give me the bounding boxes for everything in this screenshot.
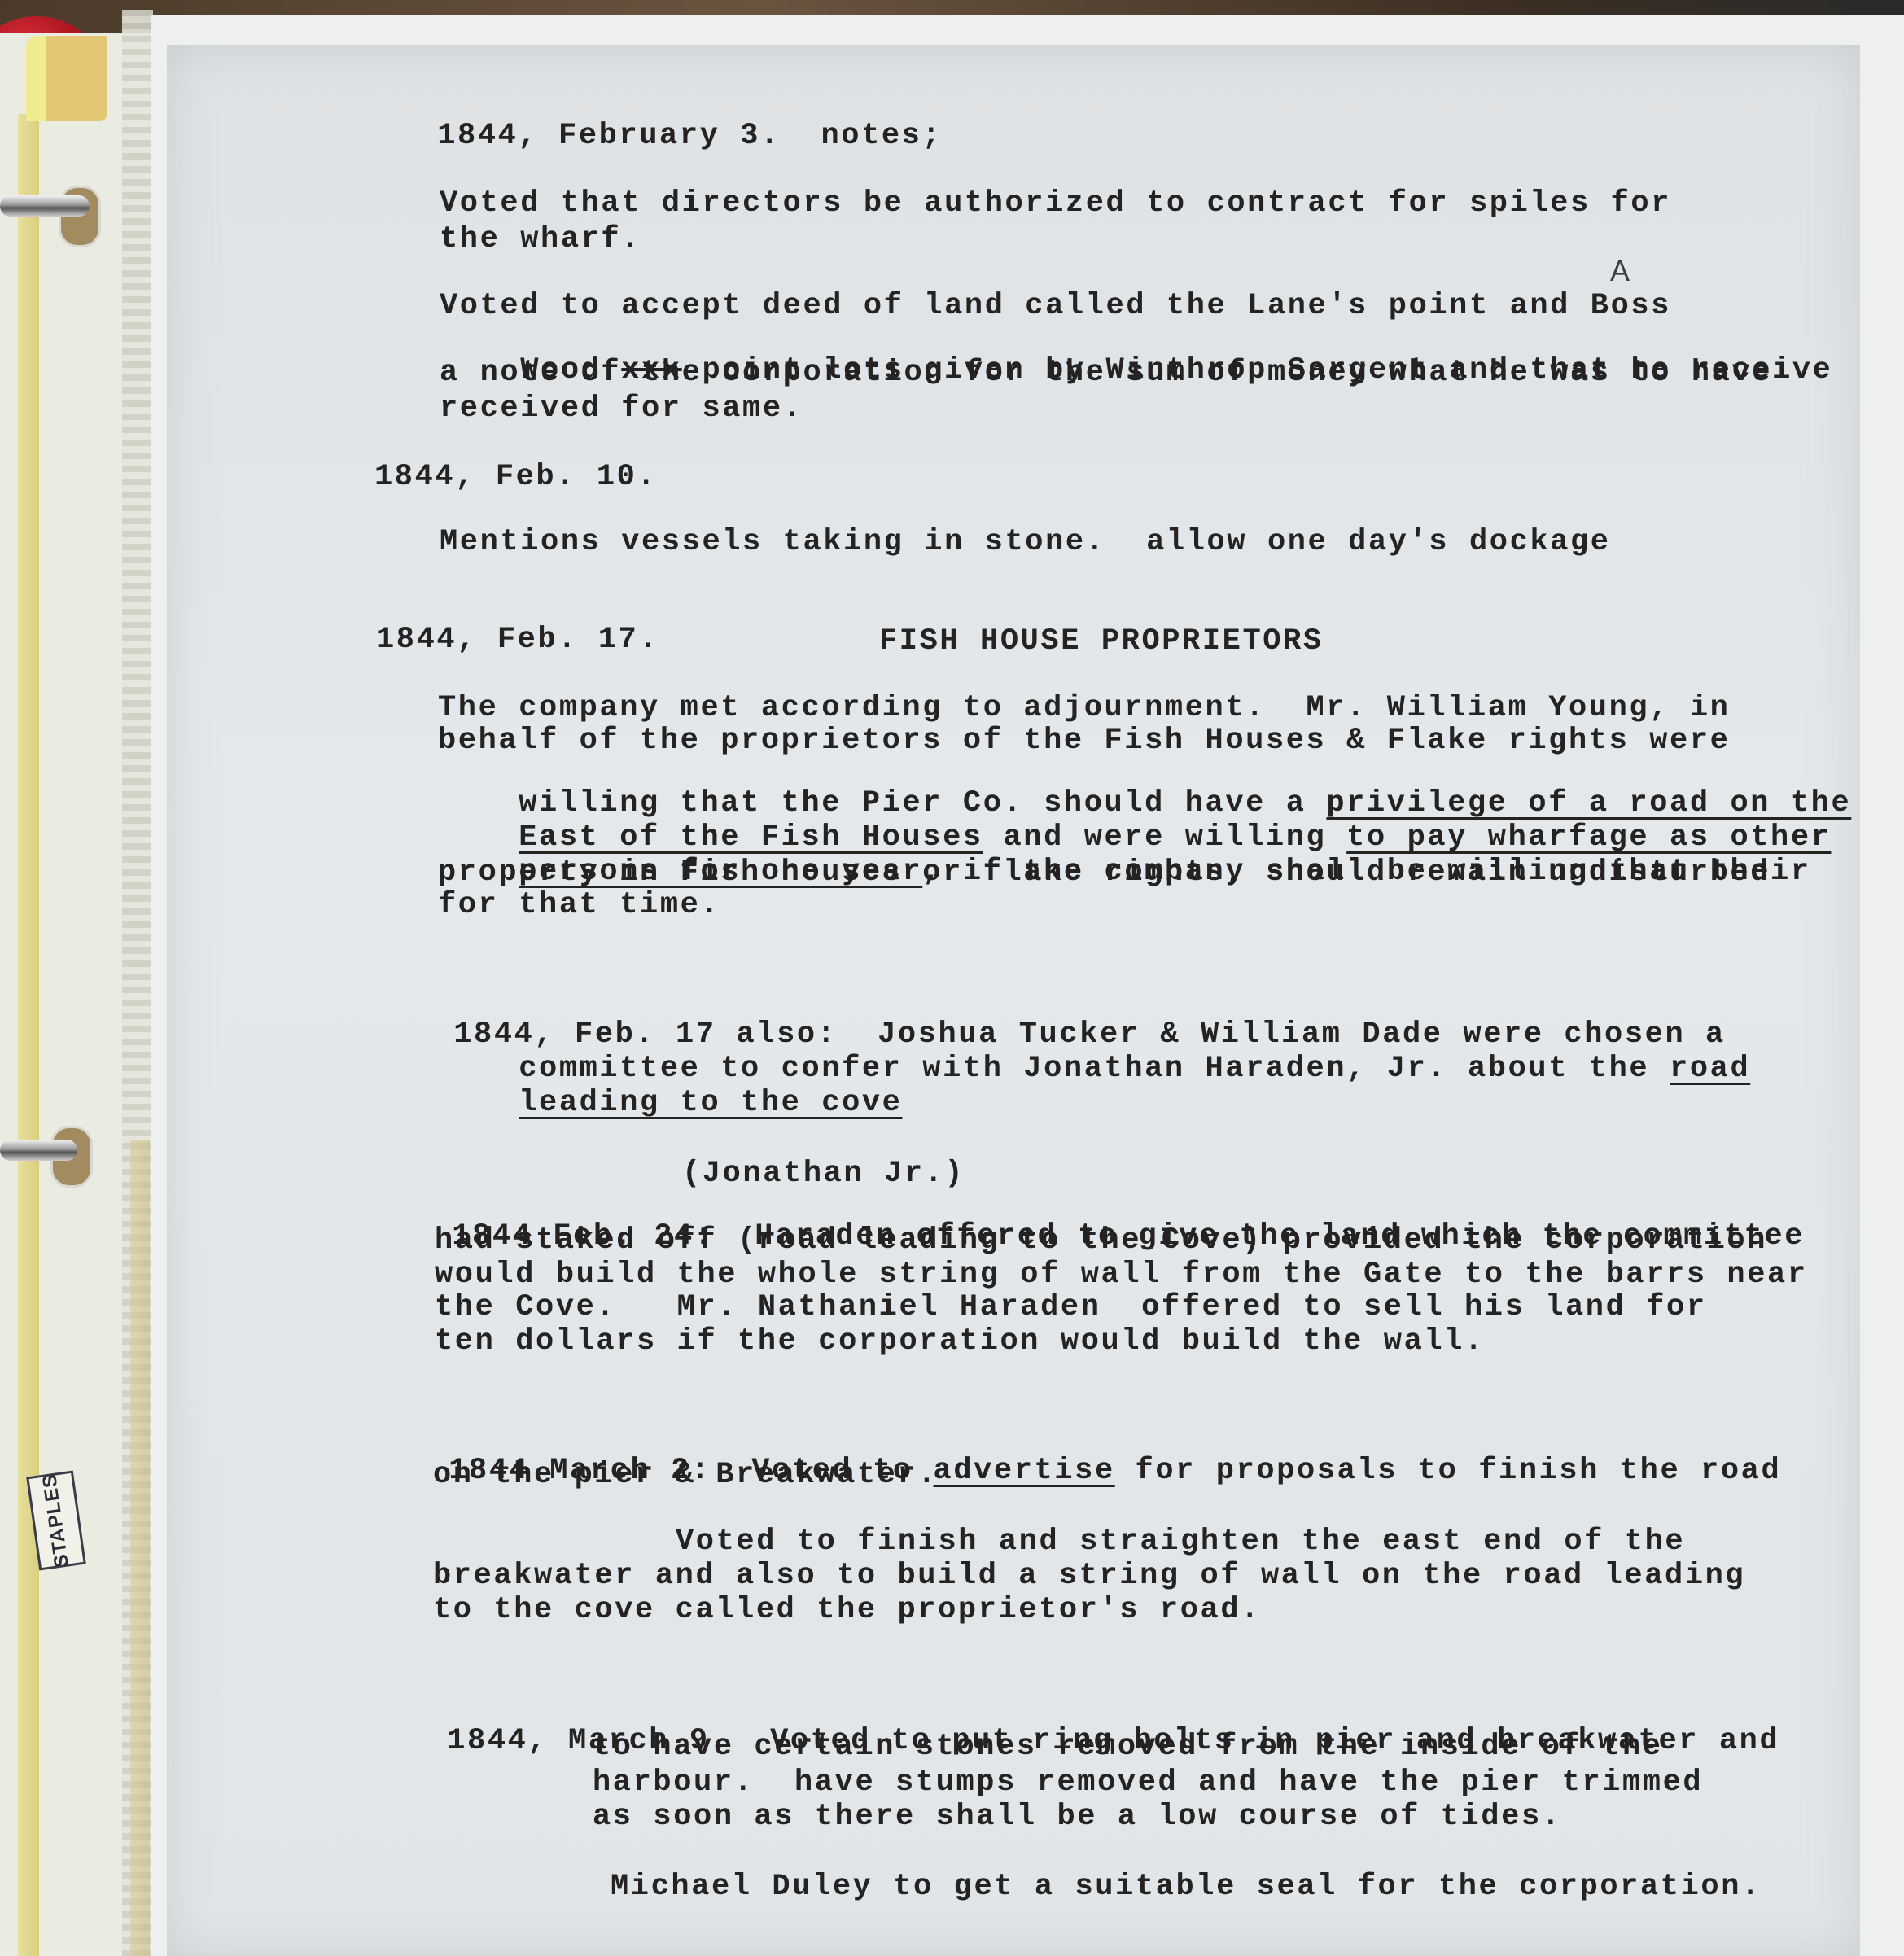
yellow-divider-edge bbox=[18, 114, 39, 1956]
paragraph-line: behalf of the proprietors of the Fish Ho… bbox=[438, 726, 1730, 756]
paragraph-line: Michael Duley to get a suitable seal for… bbox=[611, 1872, 1762, 1902]
binder-ring-top bbox=[0, 195, 90, 217]
paragraph-line: property in Fish houses or flake rights,… bbox=[438, 858, 1771, 888]
text-segment: for proposals to finish the road bbox=[1115, 1454, 1782, 1488]
section-title: FISH HOUSE PROPRIETORS bbox=[879, 627, 1324, 657]
paragraph-line: the Cove. Mr. Nathaniel Haraden offered … bbox=[435, 1293, 1707, 1323]
paragraph-line: the wharf. bbox=[440, 225, 641, 255]
paragraph-line: had staked off (road leading to the Cove… bbox=[435, 1226, 1767, 1256]
staples-logo-text: STAPLES bbox=[38, 1472, 74, 1569]
paragraph-line: for that time. bbox=[438, 890, 720, 921]
sheet-protector-edge bbox=[130, 1140, 150, 1956]
paragraph-line: received for same. bbox=[440, 394, 803, 424]
binder-ring-middle bbox=[0, 1140, 77, 1161]
paragraph-line: would build the whole string of wall fro… bbox=[435, 1260, 1808, 1290]
entry-date: 1844, February 3. notes; bbox=[357, 91, 942, 182]
yellow-divider-tab[interactable] bbox=[26, 36, 107, 121]
paragraph-line: on the pier & Breakwater. bbox=[433, 1460, 938, 1490]
paragraph-line: breakwater and also to build a string of… bbox=[433, 1561, 1745, 1591]
paragraph-line: a note of the corporation for the sum of… bbox=[440, 358, 1772, 388]
underlined-text: leading to the cove bbox=[519, 1086, 902, 1120]
paragraph-line: Voted to accept deed of land called the … bbox=[440, 291, 1671, 322]
underlined-text: road bbox=[1670, 1052, 1750, 1086]
interlinear-note: (Jonathan Jr.) bbox=[682, 1159, 965, 1189]
paragraph-line: as soon as there shall be a low course o… bbox=[593, 1802, 1562, 1832]
date-text: 1844, February 3. bbox=[437, 119, 781, 153]
paragraph-line: to have certain stones removed from the … bbox=[593, 1732, 1663, 1762]
paragraph-line: Voted to finish and straighten the east … bbox=[676, 1527, 1685, 1557]
paragraph-line: to the cove called the proprietor's road… bbox=[433, 1595, 1261, 1626]
entry-date: 1844, Feb. 17. bbox=[376, 625, 659, 655]
paragraph-line: ten dollars if the corporation would bui… bbox=[435, 1327, 1485, 1357]
paragraph-line: harbour. have stumps removed and have th… bbox=[593, 1768, 1703, 1798]
underlined-text: advertise bbox=[934, 1454, 1115, 1488]
heading-note: notes; bbox=[821, 119, 943, 153]
paragraph-line: Mentions vessels taking in stone. allow … bbox=[440, 527, 1611, 558]
handwritten-insertion-mark: A bbox=[1610, 254, 1630, 288]
entry-date: 1844, Feb. 10. bbox=[374, 462, 657, 492]
paragraph-line: Voted that directors be authorized to co… bbox=[440, 189, 1671, 219]
paragraph-line: The company met according to adjournment… bbox=[438, 694, 1730, 724]
paragraph-line: leading to the cove bbox=[438, 1058, 903, 1149]
